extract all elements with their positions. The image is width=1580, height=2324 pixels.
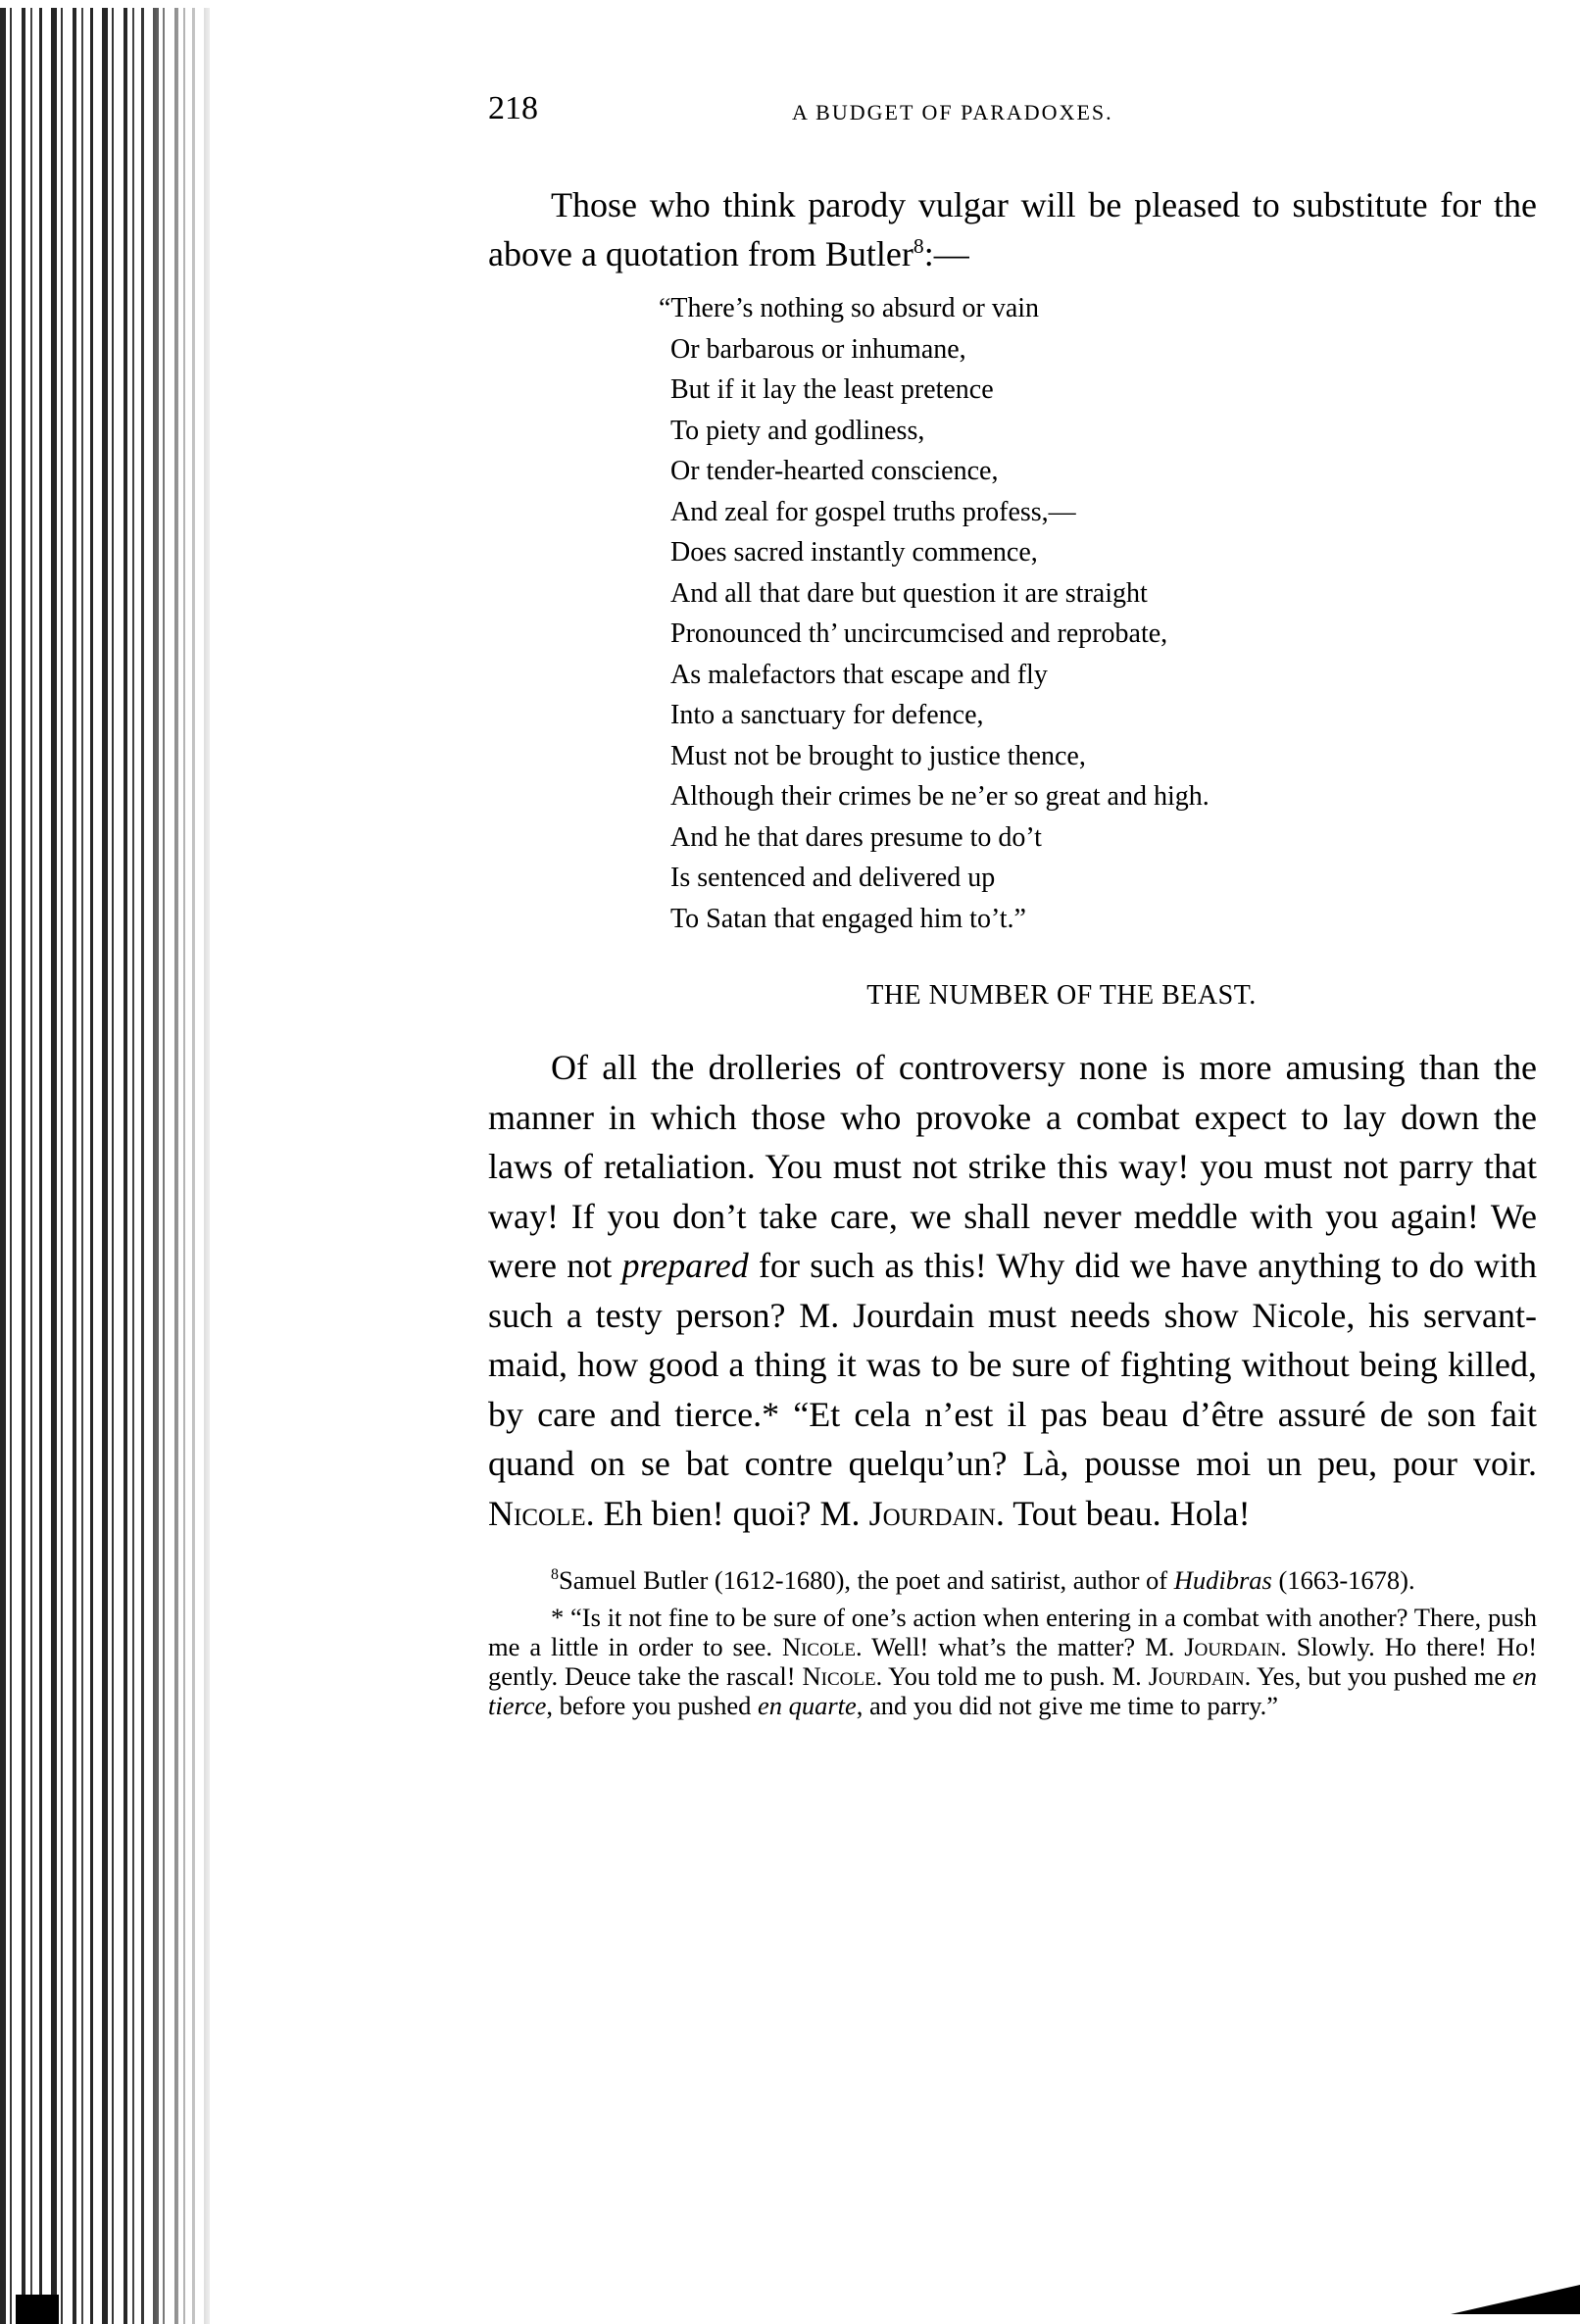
butler-quotation: “There’s nothing so absurd or vain Or ba… bbox=[670, 288, 1537, 939]
page-number: 218 bbox=[488, 90, 538, 127]
book-page: 218 A BUDGET OF PARADOXES. Those who thi… bbox=[488, 90, 1537, 1720]
poem-line: And zeal for gospel truths profess,— bbox=[670, 492, 1537, 533]
footnote-8: 8Samuel Butler (1612-1680), the poet and… bbox=[488, 1565, 1537, 1595]
intro-paragraph: Those who think parody vulgar will be pl… bbox=[488, 180, 1537, 278]
footnote-text: Samuel Butler (1612-1680), the poet and … bbox=[559, 1565, 1174, 1595]
emphasis-text: prepared bbox=[621, 1246, 748, 1285]
poem-line: Does sacred instantly commence, bbox=[670, 532, 1537, 573]
section-paragraph: Of all the drolleries of controversy non… bbox=[488, 1043, 1537, 1538]
running-title: A BUDGET OF PARADOXES. bbox=[792, 100, 1113, 125]
footnote-text: . You told me to push. M. bbox=[876, 1661, 1149, 1691]
speaker-name: Nicole bbox=[488, 1494, 586, 1533]
poem-line: But if it lay the least pretence bbox=[670, 370, 1537, 411]
running-head: 218 A BUDGET OF PARADOXES. bbox=[488, 90, 1537, 139]
poem-line: To piety and godliness, bbox=[670, 411, 1537, 452]
poem-line: Into a sanctuary for defence, bbox=[670, 695, 1537, 736]
footnotes: 8Samuel Butler (1612-1680), the poet and… bbox=[488, 1565, 1537, 1720]
speaker-name: Jourdain bbox=[1184, 1632, 1280, 1661]
footnote-asterisk: * “Is it not fine to be sure of one’s ac… bbox=[488, 1603, 1537, 1720]
page-corner-shadow bbox=[1451, 2285, 1580, 2314]
poem-line: To Satan that engaged him to’t.” bbox=[670, 899, 1537, 940]
footnote-text: . Yes, but you pushed me bbox=[1245, 1661, 1512, 1691]
poem-line: Or barbarous or inhumane, bbox=[670, 329, 1537, 371]
poem-line: Is sentenced and delivered up bbox=[670, 858, 1537, 899]
poem-line: And he that dares presume to do’t bbox=[670, 817, 1537, 859]
paragraph-text: . Eh bien! quoi? M. bbox=[586, 1494, 869, 1533]
speaker-name: Nicole bbox=[803, 1661, 876, 1691]
poem-line: Must not be brought to justice thence, bbox=[670, 736, 1537, 777]
poem-line: “There’s nothing so absurd or vain bbox=[670, 288, 1537, 329]
intro-tail: :— bbox=[924, 234, 969, 273]
footnote-text: , and you did not give me time to parry.… bbox=[857, 1691, 1278, 1720]
poem-line: Pronounced th’ uncircumcised and reproba… bbox=[670, 614, 1537, 655]
paragraph-text: . Tout beau. Hola! bbox=[996, 1494, 1251, 1533]
footnote-ref-8: 8 bbox=[913, 234, 924, 258]
footnote-text: (1663-1678). bbox=[1272, 1565, 1415, 1595]
footnote-italic: Hudibras bbox=[1174, 1565, 1272, 1595]
poem-line: Although their crimes be ne’er so great … bbox=[670, 776, 1537, 817]
speaker-name: Jourdain bbox=[869, 1494, 996, 1533]
footnote-italic: en quarte bbox=[758, 1691, 857, 1720]
footnote-marker: 8 bbox=[551, 1566, 559, 1583]
footnote-text: . Well! what’s the matter? M. bbox=[856, 1632, 1184, 1661]
poem-line: As malefactors that escape and fly bbox=[670, 655, 1537, 696]
speaker-name: Nicole bbox=[782, 1632, 856, 1661]
speaker-name: Jourdain bbox=[1149, 1661, 1245, 1691]
page-binding-fade bbox=[137, 8, 216, 2324]
footnote-marker: * bbox=[551, 1603, 564, 1632]
intro-text: Those who think parody vulgar will be pl… bbox=[488, 185, 1537, 273]
section-heading: THE NUMBER OF THE BEAST. bbox=[586, 980, 1537, 1012]
binding-corner-mark bbox=[16, 2295, 59, 2324]
poem-line: And all that dare but question it are st… bbox=[670, 573, 1537, 615]
poem-line: Or tender-hearted conscience, bbox=[670, 451, 1537, 492]
footnote-text: , before you pushed bbox=[546, 1691, 758, 1720]
